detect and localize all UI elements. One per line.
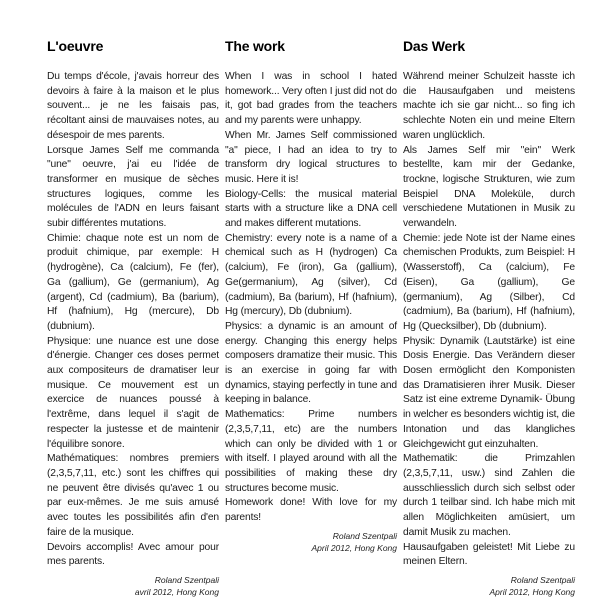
signature-name: Roland Szentpali — [403, 574, 575, 586]
paragraph: Mathematics: Prime numbers (2,3,5,7,11, … — [225, 408, 397, 496]
heading-german: Das Werk — [403, 38, 575, 54]
column-french: L'oeuvre Du temps d'école, j'avais horre… — [47, 38, 219, 598]
paragraph: Als James Self mir "ein" Werk bestellte,… — [403, 144, 575, 232]
paragraph: Mathematik: die Primzahlen (2,3,5,7,11, … — [403, 452, 575, 540]
paragraph: Devoirs accomplis! Avec amour pour mes p… — [47, 541, 219, 570]
paragraph: Physik: Dynamik (Lautstärke) ist eine Do… — [403, 335, 575, 453]
signature-place-date: April 2012, Hong Kong — [225, 542, 397, 554]
signature-name: Roland Szentpali — [225, 530, 397, 542]
signature-place-date: avril 2012, Hong Kong — [47, 586, 219, 598]
paragraph: Chemistry: every note is a name of a che… — [225, 232, 397, 320]
heading-english: The work — [225, 38, 397, 54]
paragraph: When Mr. James Self commissioned "a" pie… — [225, 129, 397, 188]
paragraph: Physics: a dynamic is an amount of energ… — [225, 320, 397, 408]
paragraph: Physique: une nuance est une dose d'éner… — [47, 335, 219, 453]
signature: Roland Szentpali avril 2012, Hong Kong — [47, 574, 219, 598]
signature: Roland Szentpali April 2012, Hong Kong — [225, 530, 397, 554]
paragraph: Chimie: chaque note est un nom de produi… — [47, 232, 219, 335]
trilingual-text-page: L'oeuvre Du temps d'école, j'avais horre… — [47, 38, 575, 598]
paragraph: Lorsque James Self me commanda "une" oeu… — [47, 144, 219, 232]
column-german: Das Werk Während meiner Schulzeit hasste… — [403, 38, 575, 598]
paragraph: Chemie: jede Note ist der Name eines che… — [403, 232, 575, 335]
column-english: The work When I was in school I hated ho… — [225, 38, 397, 598]
paragraph: Während meiner Schulzeit hasste ich die … — [403, 70, 575, 144]
heading-french: L'oeuvre — [47, 38, 219, 54]
signature: Roland Szentpali April 2012, Hong Kong — [403, 574, 575, 598]
paragraph: Mathématiques: nombres premiers (2,3,5,7… — [47, 452, 219, 540]
paragraph: Hausaufgaben geleistet! Mit Liebe zu mei… — [403, 541, 575, 570]
paragraph: When I was in school I hated homework...… — [225, 70, 397, 129]
paragraph: Homework done! With love for my parents! — [225, 496, 397, 525]
signature-place-date: April 2012, Hong Kong — [403, 586, 575, 598]
paragraph: Du temps d'école, j'avais horreur des de… — [47, 70, 219, 144]
paragraph: Biology-Cells: the musical material star… — [225, 188, 397, 232]
signature-name: Roland Szentpali — [47, 574, 219, 586]
